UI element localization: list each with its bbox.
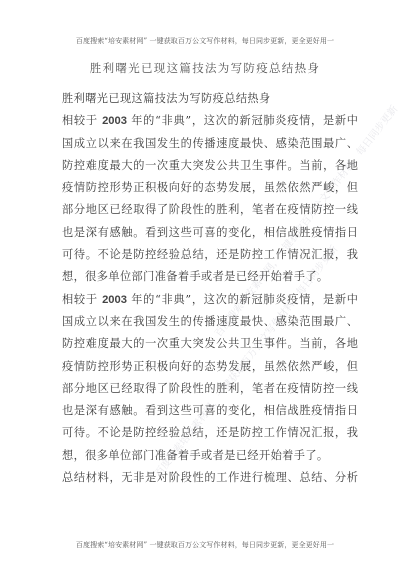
year-number: 2003 — [102, 115, 127, 127]
year-number: 2003 — [102, 294, 127, 306]
page-footer: 百度搜索“培安素材网” 一键获取百万公文写作材料，每日同步更新，更全更好用一 — [0, 540, 410, 550]
paragraph-1-line-5: 部分地区已经取得了阶段性的胜利，笔者在疫情防控一线 — [62, 199, 358, 221]
text-run: 年的“非典”，这次的新冠肺炎疫情，是新中 — [127, 293, 358, 306]
document-page: 百度搜索“培安素材网” 一键获取百万公文写作材料，每日同步更新，更全更好用一 胜… — [0, 0, 410, 580]
text-run: 年的“非典”，这次的新冠肺炎疫情，是新中 — [127, 114, 358, 127]
paragraph-1-line-3: 防控难度最大的一次重大突发公共卫生事件。当前，各地 — [62, 155, 358, 177]
paragraph-1-line-6: 也是深有感触。看到这些可喜的变化，相信战胜疫情指日 — [62, 222, 358, 244]
text-run: 相较于 — [62, 114, 102, 127]
paragraph-1-line-8: 想，很多单位部门准备着手或者是已经开始着手了。 — [62, 266, 358, 288]
paragraph-1-line-2: 国成立以来在我国发生的传播速度最快、感染范围最广、 — [62, 133, 358, 155]
paragraph-2-line-8: 想，很多单位部门准备着手或者是已经开始着手了。 — [62, 445, 358, 467]
paragraph-3-line-1: 总结材料，无非是对阶段性的工作进行梳理、总结、分析 — [62, 467, 358, 489]
paragraph-2-line-2: 国成立以来在我国发生的传播速度最快、感染范围最广、 — [62, 311, 358, 333]
paragraph-2-line-4: 疫情防控形势正积极向好的态势发展，虽然依然严峻，但 — [62, 356, 358, 378]
document-body: 胜利曙光已现这篇技法为写防疫总结热身 相较于 2003 年的“非典”，这次的新冠… — [62, 88, 358, 489]
paragraph-1-line-1: 相较于 2003 年的“非典”，这次的新冠肺炎疫情，是新中 — [62, 110, 358, 132]
document-title: 胜利曙光已现这篇技法为写防疫总结热身 — [0, 60, 410, 76]
paragraph-2-line-7: 可待。不论是防控经验总结，还是防控工作情况汇报，我 — [62, 422, 358, 444]
text-run: 相较于 — [62, 293, 102, 306]
paragraph-2-line-6: 也是深有感触。看到这些可喜的变化，相信战胜疫情指日 — [62, 400, 358, 422]
paragraph-2-line-1: 相较于 2003 年的“非典”，这次的新冠肺炎疫情，是新中 — [62, 289, 358, 311]
paragraph-1-line-7: 可待。不论是防控经验总结，还是防控工作情况汇报，我 — [62, 244, 358, 266]
paragraph-1-line-4: 疫情防控形势正积极向好的态势发展，虽然依然严峻，但 — [62, 177, 358, 199]
paragraph-2-line-5: 部分地区已经取得了阶段性的胜利，笔者在疫情防控一线 — [62, 378, 358, 400]
paragraph-2-line-3: 防控难度最大的一次重大突发公共卫生事件。当前，各地 — [62, 333, 358, 355]
page-header: 百度搜索“培安素材网” 一键获取百万公文写作材料，每日同步更新，更全更好用一 — [0, 36, 410, 46]
document-subtitle: 胜利曙光已现这篇技法为写防疫总结热身 — [62, 88, 358, 110]
